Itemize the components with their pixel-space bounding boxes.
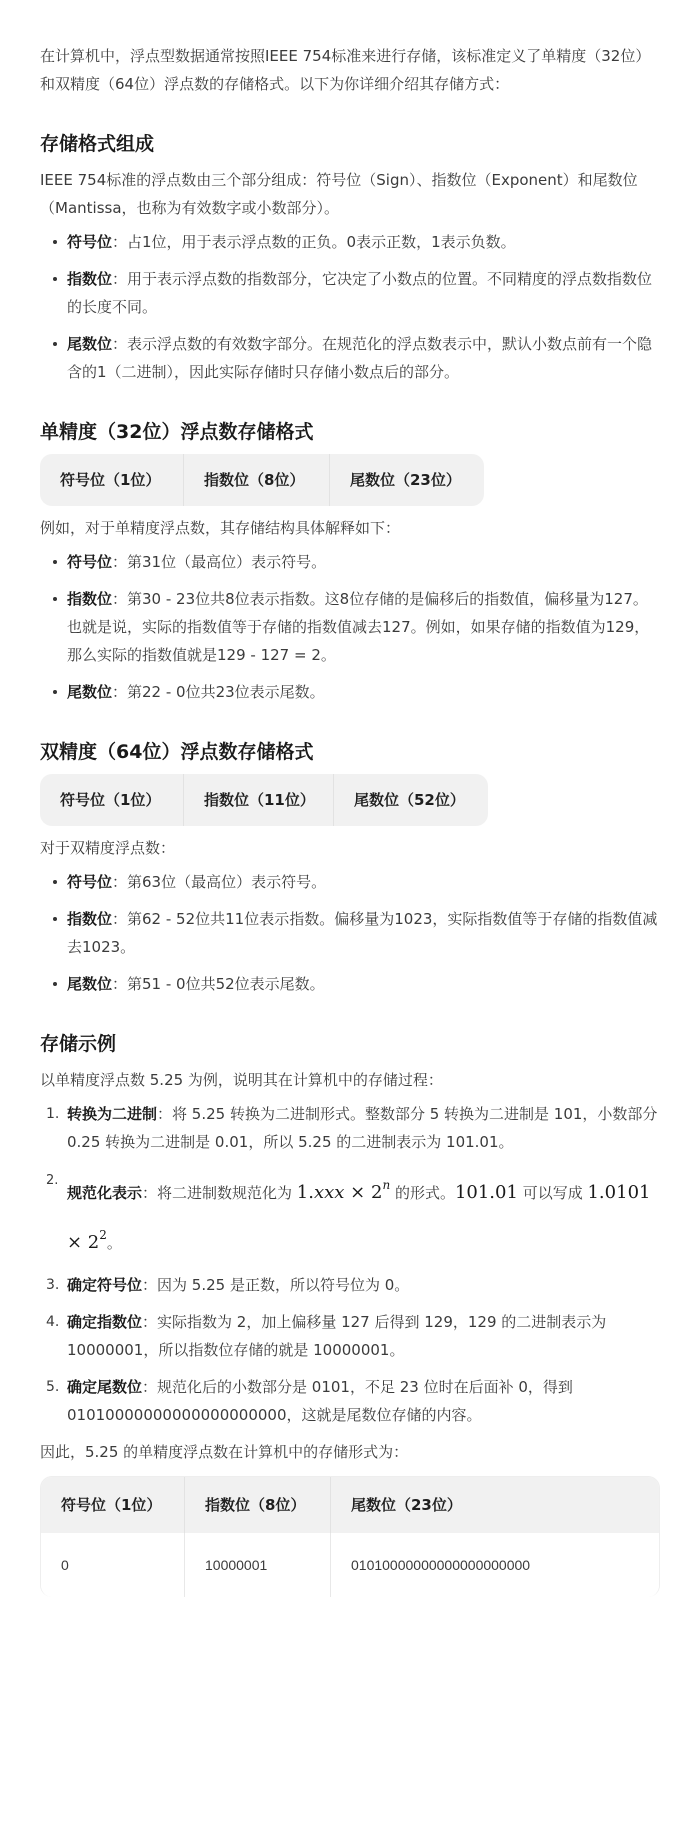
single-list: 符号位：第31位（最高位）表示符号。 指数位：第30 - 23位共8位表示指数。… [40, 548, 660, 706]
item-text: 。 [107, 1234, 122, 1252]
double-list: 符号位：第63位（最高位）表示符号。 指数位：第62 - 52位共11位表示指数… [40, 868, 660, 998]
table-cell: 01010000000000000000000 [330, 1533, 659, 1597]
double-format-table: 符号位（1位） 指数位（11位） 尾数位（52位） [40, 774, 488, 826]
math-part: xxx [314, 1182, 344, 1203]
table-header: 符号位（1位） [40, 454, 183, 506]
bullet-icon [53, 240, 57, 244]
item-text: ：实际指数为 2，加上偏移量 127 后得到 129，129 的二进制表示为 1… [67, 1313, 606, 1359]
list-item: 5.确定尾数位：规范化后的小数部分是 0101，不足 23 位时在后面补 0，得… [40, 1373, 660, 1429]
table-cell: 0 [41, 1533, 184, 1597]
example-intro: 以单精度浮点数 5.25 为例，说明其在计算机中的存储过程： [40, 1066, 660, 1094]
example-steps: 1.转换为二进制：将 5.25 转换为二进制形式。整数部分 5 转换为二进制是 … [40, 1100, 660, 1429]
bullet-icon [53, 982, 57, 986]
item-text: ：第62 - 52位共11位表示指数。偏移量为1023，实际指数值等于存储的指数… [67, 910, 657, 956]
item-text: ：第63位（最高位）表示符号。 [112, 873, 326, 891]
term: 指数位 [67, 590, 112, 608]
bullet-icon [53, 880, 57, 884]
item-text: ：规范化后的小数部分是 0101，不足 23 位时在后面补 0，得到 01010… [67, 1378, 573, 1424]
table-header: 符号位（1位） [40, 774, 183, 826]
list-item: 3.确定符号位：因为 5.25 是正数，所以符号位为 0。 [40, 1271, 660, 1299]
term: 符号位 [67, 233, 112, 251]
bullet-icon [53, 560, 57, 564]
term: 尾数位 [67, 975, 112, 993]
heading-single-precision: 单精度（32位）浮点数存储格式 [40, 418, 660, 446]
list-item: 符号位：第31位（最高位）表示符号。 [40, 548, 660, 576]
term: 尾数位 [67, 335, 112, 353]
term: 尾数位 [67, 683, 112, 701]
term: 确定尾数位 [67, 1378, 142, 1396]
intro-paragraph: 在计算机中，浮点型数据通常按照IEEE 754标准来进行存储，该标准定义了单精度… [40, 42, 660, 98]
term: 符号位 [67, 873, 112, 891]
list-item: 指数位：用于表示浮点数的指数部分，它决定了小数点的位置。不同精度的浮点数指数位的… [40, 265, 660, 321]
step-number: 1. [46, 1100, 59, 1128]
math-part: × 2 [344, 1182, 382, 1203]
item-text: ：第22 - 0位共23位表示尾数。 [112, 683, 325, 701]
term: 规范化表示 [67, 1184, 142, 1202]
bullet-icon [53, 917, 57, 921]
item-text: ：第31位（最高位）表示符号。 [112, 553, 326, 571]
list-item: 指数位：第62 - 52位共11位表示指数。偏移量为1023，实际指数值等于存储… [40, 905, 660, 961]
item-text: ：将二进制数规范化为 [142, 1184, 297, 1202]
table-header: 指数位（11位） [183, 774, 333, 826]
result-table: 符号位（1位） 指数位（8位） 尾数位（23位） 0 10000001 0101… [40, 1476, 660, 1597]
math-exponent: n [382, 1178, 390, 1192]
step-number: 3. [46, 1271, 59, 1299]
step-number: 2. [46, 1159, 58, 1203]
double-intro: 对于双精度浮点数： [40, 834, 660, 862]
item-text: ：第51 - 0位共52位表示尾数。 [112, 975, 325, 993]
table-header-row: 符号位（1位） 指数位（8位） 尾数位（23位） [41, 1477, 659, 1533]
heading-composition: 存储格式组成 [40, 130, 660, 158]
list-item: 尾数位：第22 - 0位共23位表示尾数。 [40, 678, 660, 706]
list-item: 尾数位：表示浮点数的有效数字部分。在规范化的浮点数表示中，默认小数点前有一个隐含… [40, 330, 660, 386]
table-header: 指数位（8位） [184, 1477, 330, 1533]
table-row: 0 10000001 01010000000000000000000 [41, 1533, 659, 1597]
list-item: 指数位：第30 - 23位共8位表示指数。这8位存储的是偏移后的指数值，偏移量为… [40, 585, 660, 669]
math-exponent: 2 [99, 1228, 107, 1242]
table-header: 尾数位（52位） [333, 774, 488, 826]
term: 确定指数位 [67, 1313, 142, 1331]
item-text: ：表示浮点数的有效数字部分。在规范化的浮点数表示中，默认小数点前有一个隐含的1（… [67, 335, 652, 381]
list-item: 2.规范化表示：将二进制数规范化为 1.xxx × 2n 的形式。101.01 … [40, 1165, 660, 1265]
single-format-table: 符号位（1位） 指数位（8位） 尾数位（23位） [40, 454, 484, 506]
heading-double-precision: 双精度（64位）浮点数存储格式 [40, 738, 660, 766]
list-item: 尾数位：第51 - 0位共52位表示尾数。 [40, 970, 660, 998]
list-item: 4.确定指数位：实际指数为 2，加上偏移量 127 后得到 129，129 的二… [40, 1308, 660, 1364]
item-text: 可以写成 [518, 1184, 588, 1202]
table-header: 符号位（1位） [41, 1477, 184, 1533]
bullet-icon [53, 277, 57, 281]
composition-list: 符号位：占1位，用于表示浮点数的正负。0表示正数，1表示负数。 指数位：用于表示… [40, 228, 660, 386]
item-text: 的形式。 [390, 1184, 455, 1202]
list-item: 1.转换为二进制：将 5.25 转换为二进制形式。整数部分 5 转换为二进制是 … [40, 1100, 660, 1156]
list-item: 符号位：占1位，用于表示浮点数的正负。0表示正数，1表示负数。 [40, 228, 660, 256]
table-header: 尾数位（23位） [330, 1477, 659, 1533]
item-text: ：第30 - 23位共8位表示指数。这8位存储的是偏移后的指数值，偏移量为127… [67, 590, 649, 664]
math-formula: 101.01 [455, 1182, 518, 1203]
term: 指数位 [67, 910, 112, 928]
math-formula: 1.xxx × 2n [297, 1182, 390, 1203]
item-text: ：占1位，用于表示浮点数的正负。0表示正数，1表示负数。 [112, 233, 516, 251]
heading-example: 存储示例 [40, 1030, 660, 1058]
bullet-icon [53, 597, 57, 601]
term: 确定符号位 [67, 1276, 142, 1294]
bullet-icon [53, 342, 57, 346]
term: 转换为二进制 [67, 1105, 157, 1123]
math-part: 1. [297, 1182, 314, 1203]
bullet-icon [53, 690, 57, 694]
list-item: 符号位：第63位（最高位）表示符号。 [40, 868, 660, 896]
table-header: 尾数位（23位） [329, 454, 484, 506]
table-header: 指数位（8位） [183, 454, 329, 506]
document: 在计算机中，浮点型数据通常按照IEEE 754标准来进行存储，该标准定义了单精度… [0, 0, 700, 1597]
term: 指数位 [67, 270, 112, 288]
composition-paragraph: IEEE 754标准的浮点数由三个部分组成：符号位（Sign）、指数位（Expo… [40, 166, 660, 222]
table-cell: 10000001 [184, 1533, 330, 1597]
step-number: 5. [46, 1373, 59, 1401]
item-text: ：用于表示浮点数的指数部分，它决定了小数点的位置。不同精度的浮点数指数位的长度不… [67, 270, 652, 316]
conclusion-paragraph: 因此，5.25 的单精度浮点数在计算机中的存储形式为： [40, 1438, 660, 1466]
step-number: 4. [46, 1308, 59, 1336]
item-text: ：因为 5.25 是正数，所以符号位为 0。 [142, 1276, 409, 1294]
single-intro: 例如，对于单精度浮点数，其存储结构具体解释如下： [40, 514, 660, 542]
term: 符号位 [67, 553, 112, 571]
